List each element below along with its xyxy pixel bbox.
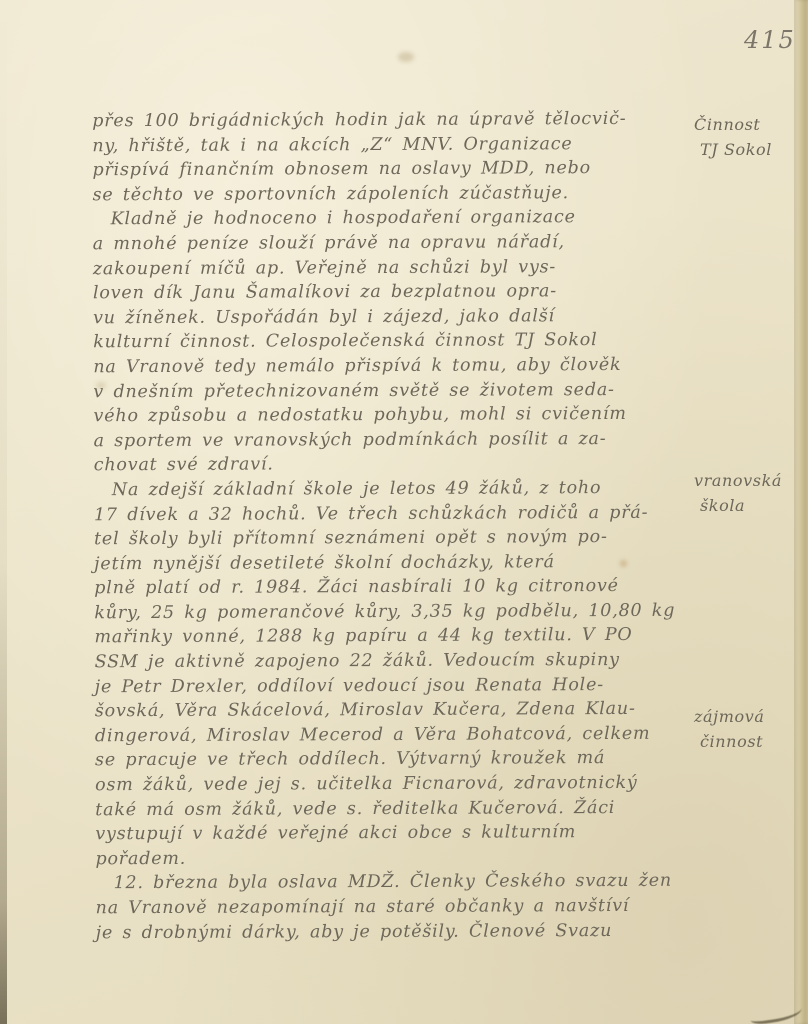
handwritten-line: vého způsobu a nedostatku pohybu, mohl s… [93,402,673,429]
page-edge-left [0,0,7,1024]
margin-note-line: vranovská [694,468,800,493]
handwritten-line: 17 dívek a 32 hochů. Ve třech schůzkách … [94,500,674,527]
chronicle-page: 415 přes 100 brigádnických hodin jak na … [0,0,808,1024]
handwritten-line: také má osm žáků, vede s. ředitelka Kuče… [95,795,675,822]
handwritten-line: přispívá finančním obnosem na oslavy MDD… [92,156,672,183]
handwritten-line: vystupují v každé veřejné akci obce s ku… [95,820,675,847]
handwritten-line: tel školy byli přítomní seznámeni opět s… [94,525,674,552]
margin-note-line: zájmová [694,704,800,729]
handwritten-line: kulturní činnost. Celospolečenská činnos… [93,328,673,355]
handwritten-line: osm žáků, vede jej s. učitelka Ficnarová… [95,771,675,798]
page-edge-right [794,0,808,1024]
handwritten-line: na Vranově nezapomínají na staré občanky… [96,894,676,921]
handwritten-text-block: přes 100 brigádnických hodin jak na úpra… [92,107,676,946]
handwritten-line: přes 100 brigádnických hodin jak na úpra… [92,107,672,134]
handwritten-line: Na zdejší základní škole je letos 49 žák… [94,476,674,503]
handwritten-line: je Petr Drexler, oddíloví vedoucí jsou R… [95,672,675,699]
handwritten-line: 12. března byla oslava MDŽ. Členky České… [96,869,676,896]
handwritten-line: SSM je aktivně zapojeno 22 žáků. Vedoucí… [95,648,675,675]
handwritten-line: chovat své zdraví. [94,451,674,478]
handwritten-line: ny, hřiště, tak i na akcích „Z“ MNV. Org… [92,131,672,158]
handwritten-line: pořadem. [95,845,675,872]
handwritten-line: kůry, 25 kg pomerančové kůry, 3,35 kg po… [94,599,674,626]
handwritten-line: se pracuje ve třech oddílech. Výtvarný k… [95,746,675,773]
handwritten-line: se těchto ve sportovních zápoleních zúča… [93,181,673,208]
margin-note-zajmova-cinnost: zájmová činnost [694,704,800,754]
handwritten-line: dingerová, Miroslav Mecerod a Věra Bohat… [95,722,675,749]
handwritten-line: jetím nynější desetileté školní docházky… [94,549,674,576]
margin-note-line: Činnost [694,112,800,137]
handwritten-line: plně platí od r. 1984. Žáci nasbírali 10… [94,574,674,601]
margin-note-tj-sokol: Činnost TJ Sokol [694,112,800,162]
handwritten-line: je s drobnými dárky, aby je potěšily. Čl… [96,918,676,945]
handwritten-line: zakoupení míčů ap. Veřejně na schůzi byl… [93,254,673,281]
handwritten-line: loven dík Janu Šamalíkovi za bezplatnou … [93,279,673,306]
handwritten-line: a mnohé peníze slouží právě na opravu ná… [93,230,673,257]
handwritten-line: v dnešním přetechnizovaném světě se živo… [93,377,673,404]
handwritten-line: a sportem ve vranovských podmínkách posí… [94,426,674,453]
margin-note-line: TJ Sokol [694,137,800,162]
margin-note-line: škola [694,493,800,518]
handwritten-line: vu žíněnek. Uspořádán byl i zájezd, jako… [93,303,673,330]
margin-note-vranovska-skola: vranovská škola [694,468,800,518]
page-number: 415 [744,26,796,54]
handwritten-line: na Vranově tedy nemálo přispívá k tomu, … [93,353,673,380]
handwritten-line: Kladně je hodnoceno i hospodaření organi… [93,205,673,232]
paper-stain [398,52,414,62]
margin-note-line: činnost [694,729,800,754]
handwritten-line: mařinky vonné, 1288 kg papíru a 44 kg te… [94,623,674,650]
handwritten-line: šovská, Věra Skácelová, Miroslav Kučera,… [95,697,675,724]
